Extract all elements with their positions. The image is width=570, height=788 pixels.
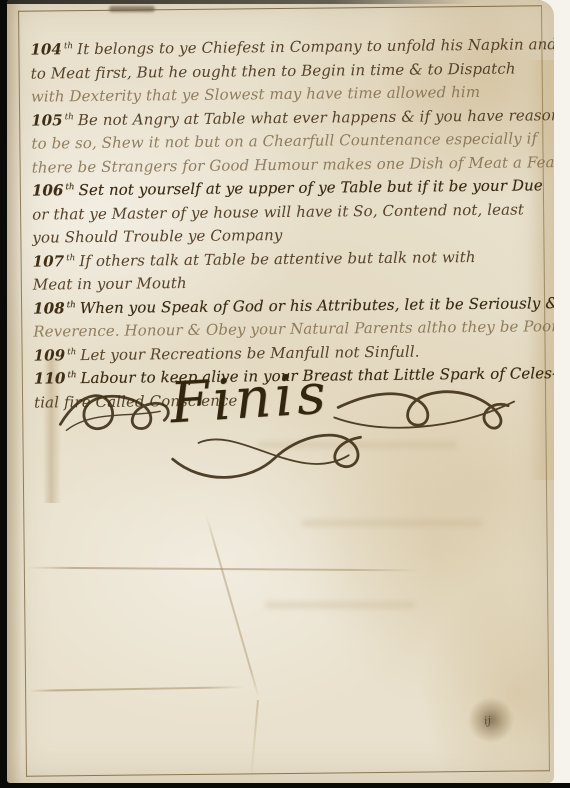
manuscript-text: 104thIt belongs to ye Chiefest in Compan… bbox=[30, 31, 539, 412]
rule-text: If others talk at Table be attentive but… bbox=[79, 247, 475, 269]
rule-number: 105 bbox=[31, 111, 63, 129]
rule-ordinal: th bbox=[66, 253, 75, 263]
rule-number: 104 bbox=[30, 40, 62, 58]
rule-text: or that ye Master of ye house will have … bbox=[32, 200, 524, 223]
rule-ordinal: th bbox=[64, 41, 73, 51]
finis-block: Finis bbox=[52, 362, 523, 502]
rule-text: Meat in your Mouth bbox=[33, 274, 187, 294]
finis-word: Finis bbox=[168, 361, 331, 436]
rule-text: you Should Trouble ye Company bbox=[32, 226, 282, 247]
manuscript-page: 104thIt belongs to ye Chiefest in Compan… bbox=[7, 0, 554, 783]
rule-ordinal: th bbox=[67, 300, 76, 310]
rule-ordinal: th bbox=[65, 182, 74, 192]
rule-ordinal: th bbox=[67, 347, 76, 357]
rule-number: 106 bbox=[32, 181, 64, 199]
rule-text: with Dexterity that ye Slowest may have … bbox=[31, 83, 480, 106]
rule-ordinal: th bbox=[65, 112, 74, 122]
rule-text: Reverence. Honour & Obey your Natural Pa… bbox=[33, 317, 554, 340]
rule-number: 107 bbox=[33, 252, 65, 270]
rule-text: It belongs to ye Chiefest in Company to … bbox=[77, 35, 554, 58]
rule-text: Set not yourself at ye upper of ye Table… bbox=[79, 176, 543, 199]
ruled-frame: 104thIt belongs to ye Chiefest in Compan… bbox=[18, 5, 550, 776]
photo-edge-shadow bbox=[7, 0, 472, 4]
rule-number: 108 bbox=[33, 299, 65, 317]
rule-text: Let your Recreations be Manfull not Sinf… bbox=[80, 342, 419, 364]
rule-number: 109 bbox=[34, 346, 66, 364]
photo-backdrop: 104thIt belongs to ye Chiefest in Compan… bbox=[0, 0, 570, 788]
rule-text: there be Strangers for Good Humour makes… bbox=[32, 153, 554, 177]
